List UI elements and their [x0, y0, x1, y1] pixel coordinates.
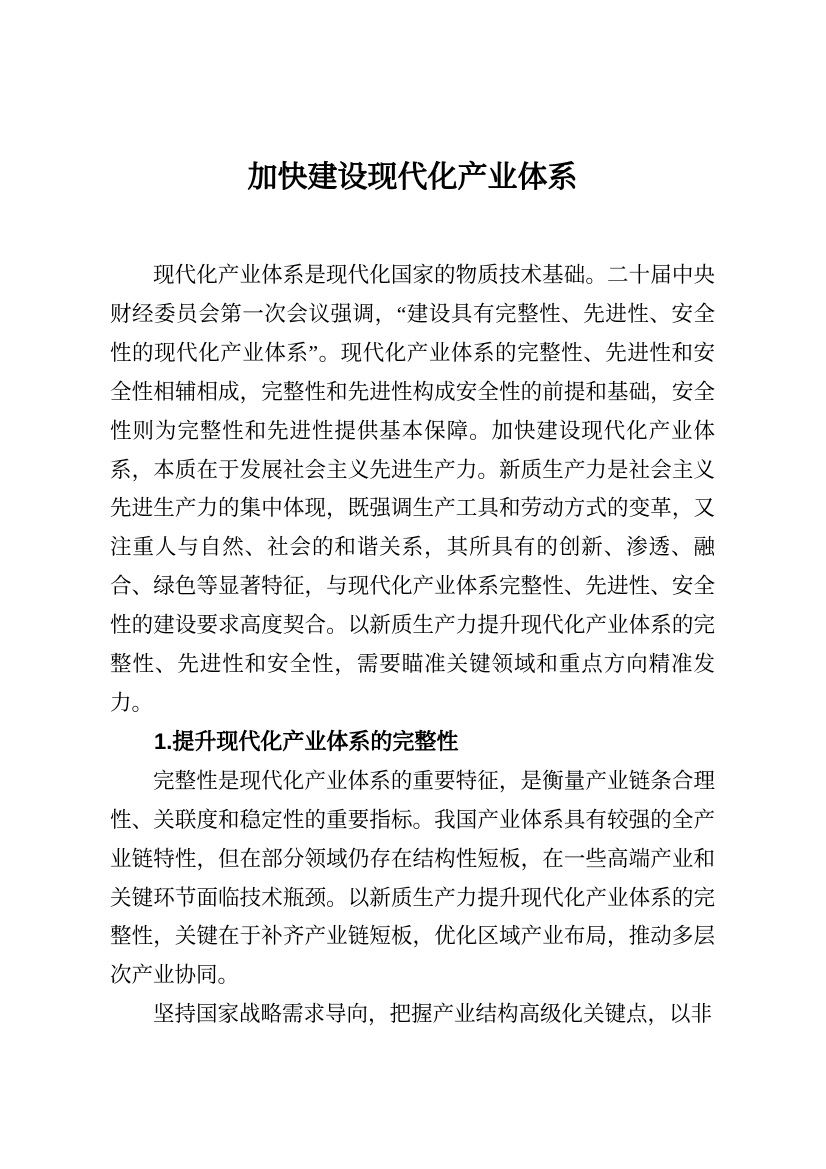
paragraph-section1-continued: 坚持国家战略需求导向，把握产业结构高级化关键点，以非	[110, 995, 715, 1034]
section-heading-1: 1.提升现代化产业体系的完整性	[110, 723, 715, 762]
document-body: 现代化产业体系是现代化国家的物质技术基础。二十届中央财经委员会第一次会议强调，“…	[110, 256, 715, 1034]
document-title: 加快建设现代化产业体系	[110, 0, 715, 198]
document-page: 加快建设现代化产业体系 现代化产业体系是现代化国家的物质技术基础。二十届中央财经…	[0, 0, 826, 1169]
paragraph-section1-body: 完整性是现代化产业体系的重要特征，是衡量产业链条合理性、关联度和稳定性的重要指标…	[110, 762, 715, 995]
document-content: 加快建设现代化产业体系 现代化产业体系是现代化国家的物质技术基础。二十届中央财经…	[110, 0, 715, 1034]
paragraph-intro: 现代化产业体系是现代化国家的物质技术基础。二十届中央财经委员会第一次会议强调，“…	[110, 256, 715, 723]
